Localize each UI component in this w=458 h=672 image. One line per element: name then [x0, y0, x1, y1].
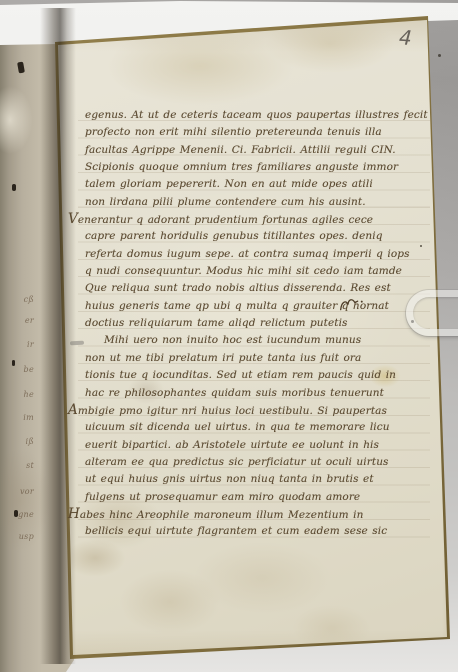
manuscript-line: egenus. At ut de ceteris taceam quos pau…	[0, 107, 458, 124]
manuscript-line: talem gloriam pepererit. Non en aut mide…	[0, 176, 458, 193]
folio-number: 4	[398, 25, 424, 53]
manuscript-line: Ambigie pmo igitur nri huius loci uestib…	[0, 402, 458, 419]
manuscript-line: Mihi uero non inuito hoc est iucundum mu…	[0, 332, 458, 349]
page-holder-clip	[406, 286, 458, 344]
sewing-mark	[17, 62, 25, 74]
manuscript-line: profecto non erit mihi silentio pretereu…	[0, 124, 458, 141]
manuscript-line: tionis tue q iocunditas. Sed ut etiam re…	[0, 367, 458, 384]
manuscript-line: huius generis tame qp ubi q multa q grau…	[0, 298, 458, 315]
speck	[420, 245, 422, 247]
manuscript-line: ut equi huius gnis uirtus non niuq tanta…	[0, 471, 458, 488]
manuscript-photo: cß er ir be he im iß st vor gne usp egen…	[0, 0, 458, 672]
manuscript-line: non ut me tibi prelatum iri pute tanta i…	[0, 350, 458, 367]
manuscript-line: euerit bipartici. ab Aristotele uirtute …	[0, 437, 458, 454]
text-block: egenus. At ut de ceteris taceam quos pau…	[0, 107, 458, 541]
manuscript-line: uicuum sit dicenda uel uirtus. in qua te…	[0, 419, 458, 436]
manuscript-line: bellicis equi uirtute flagrantem et cum …	[0, 523, 458, 540]
manuscript-line: capre parent horidulis genubus titillant…	[0, 228, 458, 245]
manuscript-line: referta domus iugum sepe. at contra suma…	[0, 246, 458, 263]
pencil-smudge	[70, 341, 84, 346]
manuscript-line: Scipionis quoque omnium tres familiares …	[0, 159, 458, 176]
manuscript-line: facultas Agrippe Menenii. Ci. Fabricii. …	[0, 142, 458, 159]
manuscript-line: q nudi consequuntur. Modus hic mihi sit …	[0, 263, 458, 280]
manuscript-line: Habes hinc Areophile maroneum illum Meze…	[0, 506, 458, 523]
speck	[438, 54, 441, 57]
manuscript-line: Que reliqua sunt trado nobis altius diss…	[0, 280, 458, 297]
manuscript-line: Venerantur q adorant prudentium fortunas…	[0, 211, 458, 228]
manuscript-line: fulgens ut prosequamur eam miro quodam a…	[0, 489, 458, 506]
manuscript-line: doctius reliquiarum tame aliqd relictum …	[0, 315, 458, 332]
manuscript-line: hac re philosophantes quidam suis moribu…	[0, 385, 458, 402]
clip-band	[406, 290, 458, 336]
manuscript-line: non lirdana pilii plume contendere cum h…	[0, 194, 458, 211]
manuscript-line: alteram ee qua predictus sic perficiatur…	[0, 454, 458, 471]
